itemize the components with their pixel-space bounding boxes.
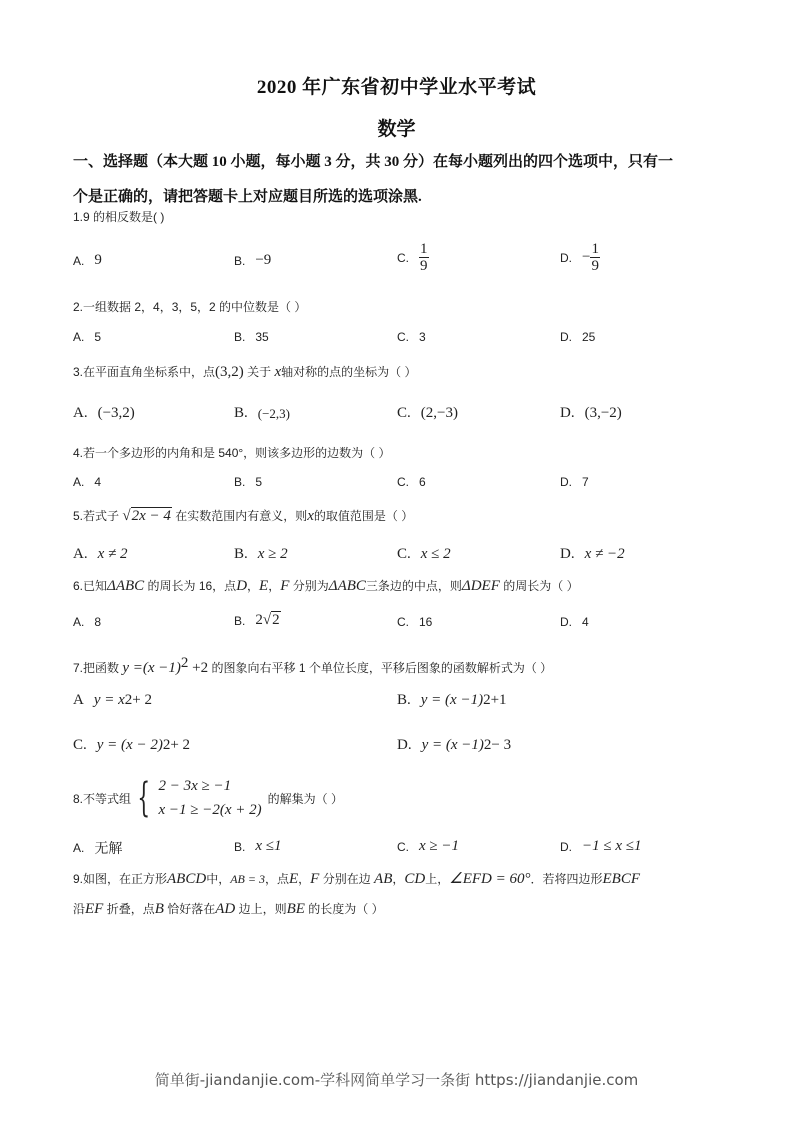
exam-subject: 数学 — [0, 114, 793, 141]
q8-option-d: D.−1 ≤ x ≤1 — [560, 838, 642, 855]
question-5-stem: 5.若式子 √2x − 4 在实数范围内有意义，则x的取值范围是（ ） — [73, 507, 413, 525]
option-label: D. — [560, 251, 572, 265]
question-8-stem: 8.不等式组{2 − 3x ≥ −1x −1 ≥ −2(x + 2)的解集为（ … — [73, 774, 343, 822]
option-value: 9 — [94, 252, 102, 269]
q4-option-d: D.7 — [560, 475, 589, 489]
q7-option-a: Ay = x2 + 2 — [73, 692, 152, 709]
question-3-stem: 3.在平面直角坐标系中，点(3,2) 关于 x轴对称的点的坐标为（ ） — [73, 363, 416, 381]
radical: 2√2 — [255, 612, 280, 629]
q2-option-b: B.35 — [234, 330, 269, 344]
q5-option-a: A.x ≠ 2 — [73, 546, 127, 563]
fraction: 19 — [419, 241, 429, 274]
q3-option-a: A.(−3,2) — [73, 405, 135, 422]
q1-option-d: D.−19 — [560, 241, 600, 274]
q7-option-c: C.y = (x − 2)2 + 2 — [73, 737, 190, 754]
q6-option-d: D.4 — [560, 615, 589, 629]
q1-option-a: A.9 — [73, 252, 102, 269]
inequality-system: {2 − 3x ≥ −1x −1 ≥ −2(x + 2) — [131, 774, 262, 822]
question-6-stem: 6.已知ΔABC 的周长为 16，点D，E，F 分别为ΔABC三条边的中点，则Δ… — [73, 577, 579, 595]
q4-option-a: A.4 — [73, 475, 101, 489]
fraction: 19 — [590, 241, 600, 274]
q7-option-b: B.y = (x −1)2 +1 — [397, 692, 507, 709]
q2-option-d: D.25 — [560, 330, 595, 344]
option-value: −9 — [255, 252, 271, 269]
q2-option-a: A.5 — [73, 330, 101, 344]
exam-title: 2020 年广东省初中学业水平考试 — [0, 72, 793, 99]
footer-watermark: 简单街-jiandanjie.com-学科网简单学习一条街 https://ji… — [0, 1069, 793, 1090]
q4-option-c: C.6 — [397, 475, 426, 489]
q8-option-b: B.x ≤1 — [234, 838, 281, 855]
q6-option-a: A.8 — [73, 615, 101, 629]
question-1-stem: 1.9 的相反数是( ) — [73, 208, 164, 225]
q7-option-d: D.y = (x −1)2 − 3 — [397, 737, 511, 754]
option-label: C. — [397, 251, 409, 265]
q1-option-c: C.19 — [397, 241, 429, 274]
q3-option-d: D.(3,−2) — [560, 405, 622, 422]
section-heading-line1: 一、选择题（本大题 10 小题，每小题 3 分，共 30 分）在每小题列出的四个… — [73, 150, 673, 171]
q3-option-b: B.(−2,3) — [234, 405, 290, 422]
q2-option-c: C.3 — [397, 330, 426, 344]
q5-option-b: B.x ≥ 2 — [234, 546, 288, 563]
question-2-stem: 2.一组数据 2，4，3，5，2 的中位数是（ ） — [73, 298, 306, 315]
question-9-stem-line2: 沿EF 折叠，点B 恰好落在AD 边上，则BE 的长度为（ ） — [73, 900, 384, 918]
option-label: A. — [73, 254, 84, 268]
question-4-stem: 4.若一个多边形的内角和是 540°，则该多边形的边数为（ ） — [73, 444, 391, 461]
question-7-stem: 7.把函数 y =(x −1)2 +2 的图象向右平移 1 个单位长度，平移后图… — [73, 655, 552, 677]
q1-option-b: B.−9 — [234, 252, 271, 269]
question-9-stem-line1: 9.如图，在正方形ABCD中，AB = 3，点E，F 分别在边 AB，CD上，∠… — [73, 869, 640, 888]
q3-option-c: C.(2,−3) — [397, 405, 458, 422]
q6-option-b: B.2√2 — [234, 612, 281, 629]
q5-option-d: D.x ≠ −2 — [560, 546, 625, 563]
q8-option-a: A.无解 — [73, 838, 122, 858]
section-heading-line2: 个是正确的，请把答题卡上对应题目所选的选项涂黑. — [73, 185, 422, 206]
option-label: B. — [234, 254, 245, 268]
q6-option-c: C.16 — [397, 615, 432, 629]
q5-option-c: C.x ≤ 2 — [397, 546, 451, 563]
q4-option-b: B.5 — [234, 475, 262, 489]
q8-option-c: C.x ≥ −1 — [397, 838, 459, 855]
radical: √2x − 4 — [122, 507, 172, 524]
